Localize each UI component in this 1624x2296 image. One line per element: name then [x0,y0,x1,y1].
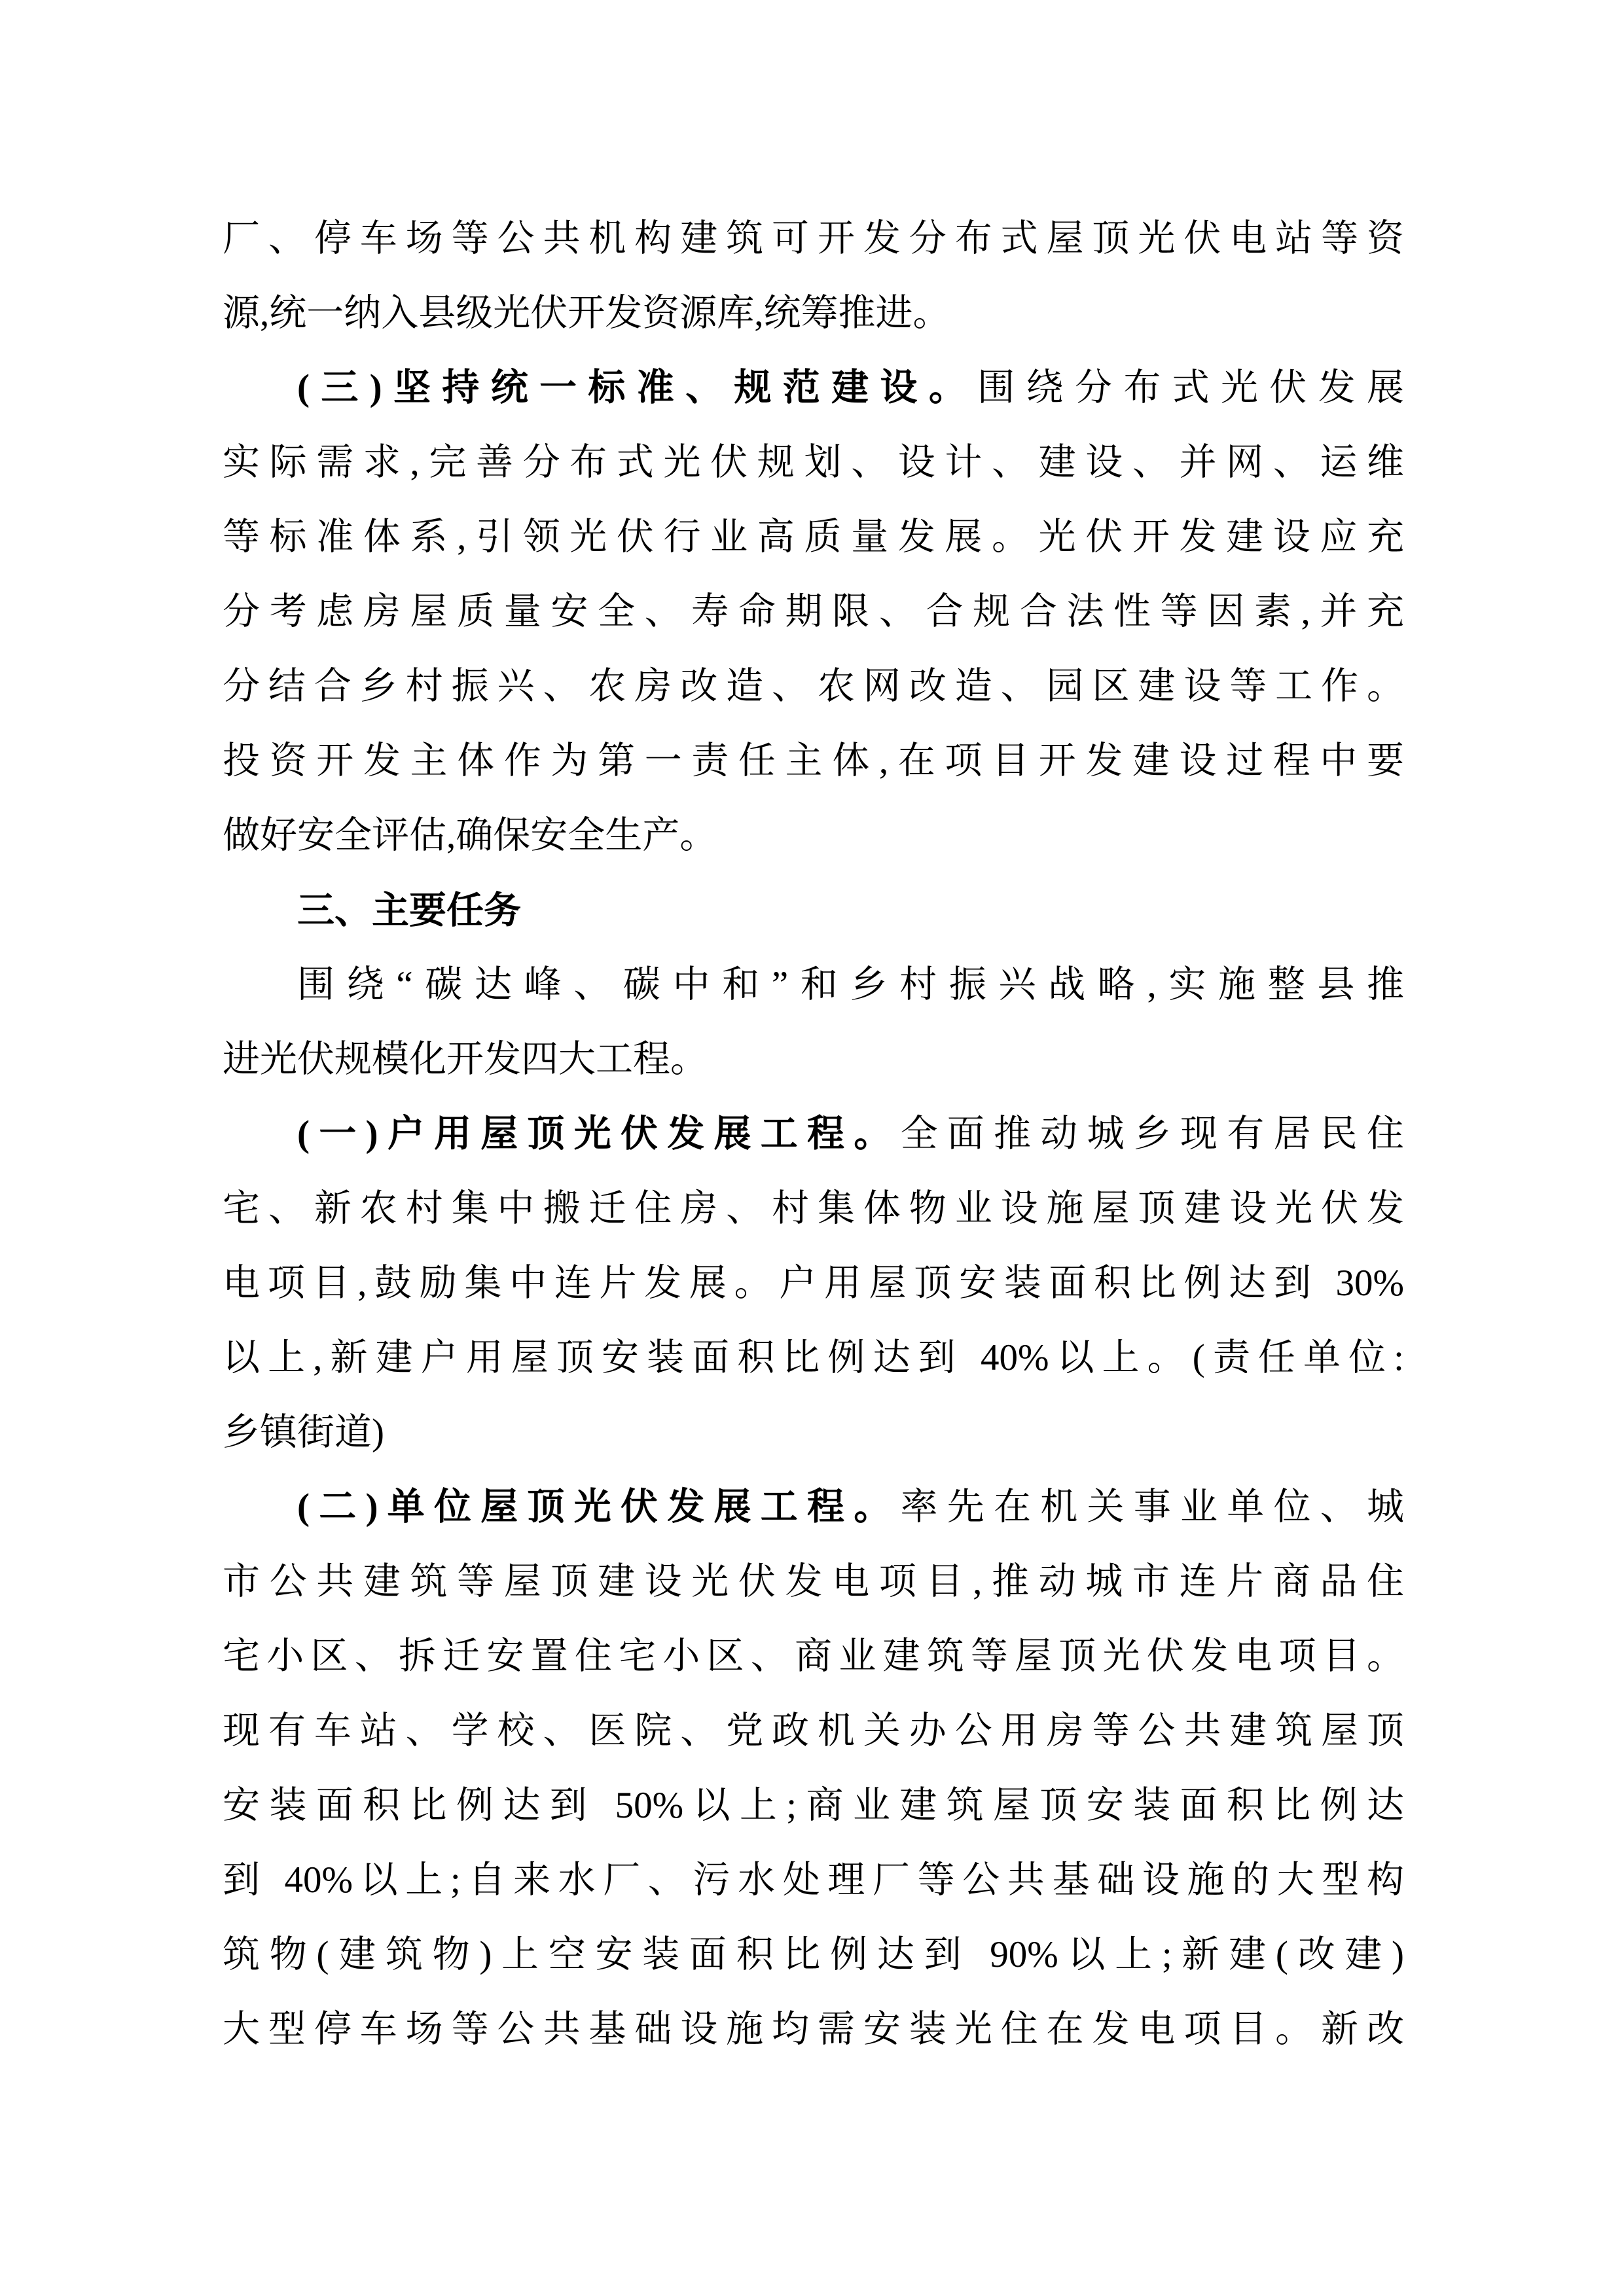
text-run: 安装面积比例达到 50%以上;商业建筑屋顶安装面积比例达 [223,1785,1404,1826]
text-line: (一)户用屋顶光伏发展工程。全面推动城乡现有居民住 [223,1097,1404,1172]
text-run: 围绕“碳达峰、碳中和”和乡村振兴战略,实施整县推 [297,964,1404,1005]
text-line: 宅、新农村集中搬迁住房、村集体物业设施屋顶建设光伏发 [223,1172,1404,1246]
text-run: 率先在机关事业单位、城 [900,1486,1404,1528]
text-run: 现有车站、学校、医院、党政机关办公用房等公共建筑屋顶 [223,1710,1404,1751]
text-line: 做好安全评估,确保安全生产。 [223,798,1404,873]
document-page: 厂、停车场等公共机构建筑可开发分布式屋顶光伏电站等资源,统一纳入县级光伏开发资源… [0,0,1624,2296]
text-line: 以上,新建户用屋顶安装面积比例达到 40%以上。(责任单位: [223,1321,1404,1395]
emphasis-run: 三、主要任务 [297,889,521,931]
emphasis-run: (二)单位屋顶光伏发展工程。 [297,1486,900,1528]
text-run: 宅小区、拆迁安置住宅小区、商业建筑等屋顶光伏发电项目。 [223,1636,1404,1677]
text-run: 市公共建筑等屋顶建设光伏发电项目,推动城市连片商品住 [223,1561,1404,1602]
text-line: (二)单位屋顶光伏发展工程。率先在机关事业单位、城 [223,1470,1404,1545]
text-line: 等标准体系,引领光伏行业高质量发展。光伏开发建设应充 [223,500,1404,575]
text-line: 到 40%以上;自来水厂、污水处理厂等公共基础设施的大型构 [223,1843,1404,1918]
text-line: 大型停车场等公共基础设施均需安装光住在发电项目。新改 [223,1992,1404,2067]
text-line: 安装面积比例达到 50%以上;商业建筑屋顶安装面积比例达 [223,1768,1404,1843]
text-run: 乡镇街道) [223,1412,384,1453]
text-line: 实际需求,完善分布式光伏规划、设计、建设、并网、运维 [223,425,1404,500]
text-run: 厂、停车场等公共机构建筑可开发分布式屋顶光伏电站等资 [223,218,1404,259]
emphasis-run: (一)户用屋顶光伏发展工程。 [297,1113,900,1155]
text-run: 大型停车场等公共基础设施均需安装光住在发电项目。新改 [223,2009,1404,2050]
text-line: 乡镇街道) [223,1395,1404,1470]
text-run: 到 40%以上;自来水厂、污水处理厂等公共基础设施的大型构 [223,1859,1404,1901]
text-line: 分结合乡村振兴、农房改造、农网改造、园区建设等工作。 [223,649,1404,724]
text-line: 源,统一纳入县级光伏开发资源库,统筹推进。 [223,276,1404,351]
text-line: 宅小区、拆迁安置住宅小区、商业建筑等屋顶光伏发电项目。 [223,1619,1404,1694]
text-line: 厂、停车场等公共机构建筑可开发分布式屋顶光伏电站等资 [223,202,1404,276]
emphasis-run: (三)坚持统一标准、规范建设。 [297,367,977,408]
text-run: 实际需求,完善分布式光伏规划、设计、建设、并网、运维 [223,442,1404,483]
text-run: 全面推动城乡现有居民住 [900,1113,1404,1155]
text-run: 宅、新农村集中搬迁住房、村集体物业设施屋顶建设光伏发 [223,1188,1404,1229]
text-line: 现有车站、学校、医院、党政机关办公用房等公共建筑屋顶 [223,1694,1404,1768]
text-run: 源,统一纳入县级光伏开发资源库,统筹推进。 [223,293,950,334]
text-run: 进光伏规模化开发四大工程。 [223,1039,708,1080]
text-line: (三)坚持统一标准、规范建设。围绕分布式光伏发展 [223,351,1404,425]
document-body: 厂、停车场等公共机构建筑可开发分布式屋顶光伏电站等资源,统一纳入县级光伏开发资源… [223,202,1404,2067]
text-run: 分考虑房屋质量安全、寿命期限、合规合法性等因素,并充 [223,591,1404,632]
text-run: 电项目,鼓励集中连片发展。户用屋顶安装面积比例达到 30% [223,1263,1404,1304]
text-line: 围绕“碳达峰、碳中和”和乡村振兴战略,实施整县推 [223,948,1404,1022]
text-run: 筑物(建筑物)上空安装面积比例达到 90%以上;新建(改建) [223,1934,1404,1975]
text-run: 以上,新建户用屋顶安装面积比例达到 40%以上。(责任单位: [223,1337,1404,1378]
text-line: 进光伏规模化开发四大工程。 [223,1022,1404,1097]
text-run: 围绕分布式光伏发展 [977,367,1404,408]
text-run: 分结合乡村振兴、农房改造、农网改造、园区建设等工作。 [223,666,1404,707]
text-line: 电项目,鼓励集中连片发展。户用屋顶安装面积比例达到 30% [223,1246,1404,1321]
text-line: 投资开发主体作为第一责任主体,在项目开发建设过程中要 [223,724,1404,798]
text-run: 做好安全评估,确保安全生产。 [223,815,717,856]
text-line: 分考虑房屋质量安全、寿命期限、合规合法性等因素,并充 [223,575,1404,649]
section-heading: 三、主要任务 [223,873,1404,948]
text-line: 市公共建筑等屋顶建设光伏发电项目,推动城市连片商品住 [223,1545,1404,1619]
text-run: 投资开发主体作为第一责任主体,在项目开发建设过程中要 [223,740,1404,781]
text-run: 等标准体系,引领光伏行业高质量发展。光伏开发建设应充 [223,516,1404,558]
text-line: 筑物(建筑物)上空安装面积比例达到 90%以上;新建(改建) [223,1918,1404,1992]
